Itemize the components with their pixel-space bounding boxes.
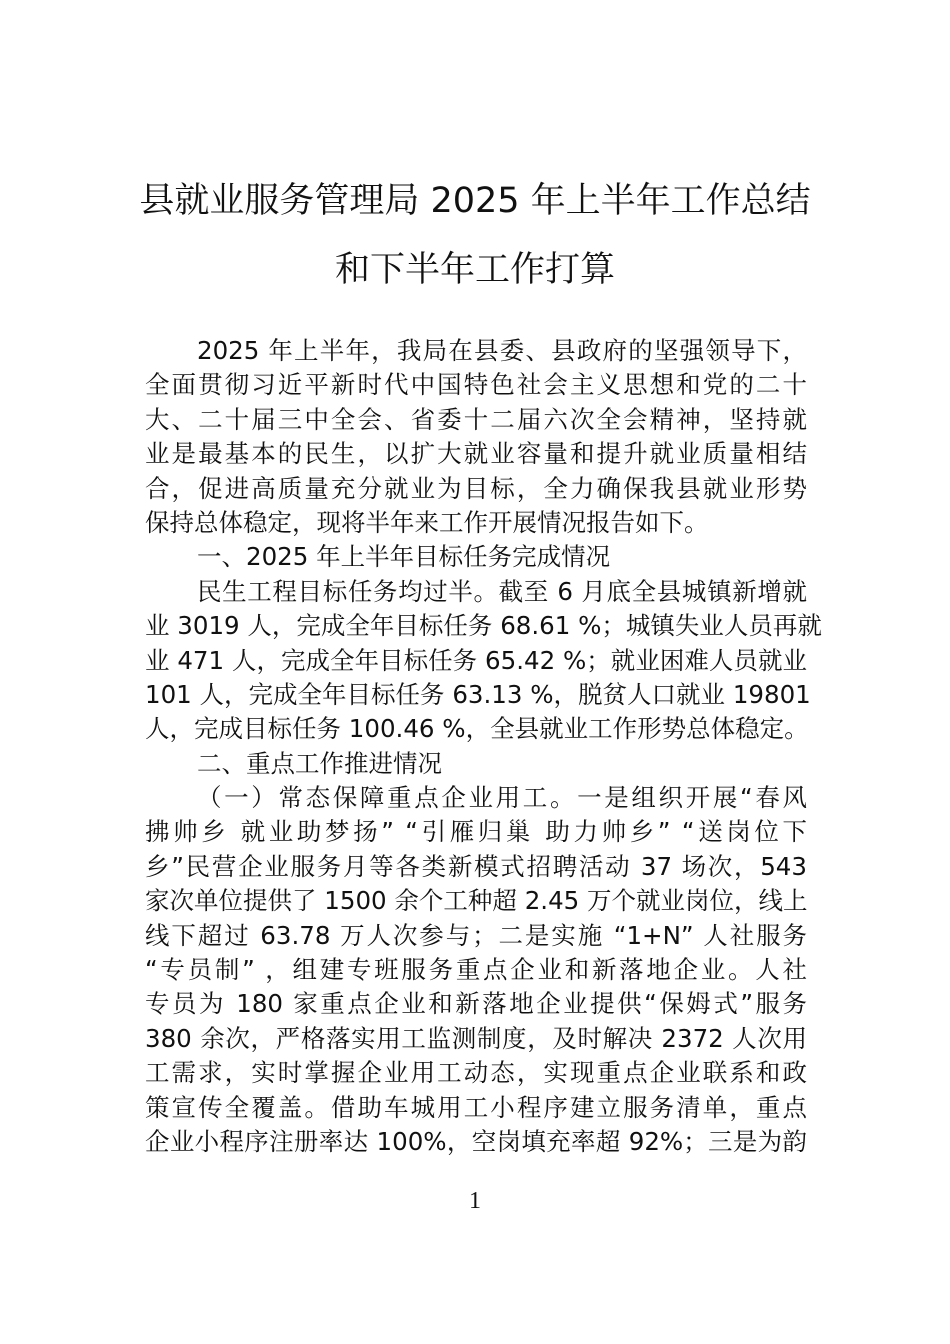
text-line: 合，促进高质量充分就业为目标，全力确保我县就业形势 — [145, 472, 807, 506]
text-line: 业是最基本的民生，以扩大就业容量和提升就业质量相结 — [145, 437, 807, 471]
text-line: 大、二十届三中全会、省委十二届六次全会精神，坚持就 — [145, 403, 807, 437]
text-line: 企业小程序注册率达 100%，空岗填充率超 92%；三是为韵 — [145, 1125, 807, 1159]
text-line: 民生工程目标任务均过半。截至 6 月底全县城镇新增就 — [145, 575, 807, 609]
text-line: 二、重点工作推进情况 — [145, 747, 807, 781]
document-title-line-2: 和下半年工作打算 — [0, 242, 950, 292]
text-line: 策宣传全覆盖。借助车城用工小程序建立服务清单，重点 — [145, 1091, 807, 1125]
text-line: （一）常态保障重点企业用工。一是组织开展“春风 — [145, 781, 807, 815]
text-line: 2025 年上半年，我局在县委、县政府的坚强领导下， — [145, 334, 807, 368]
page-number: 1 — [0, 1188, 950, 1215]
text-line: 380 余次，严格落实用工监测制度，及时解决 2372 人次用 — [145, 1022, 807, 1056]
text-line: 保持总体稳定，现将半年来工作开展情况报告如下。 — [145, 506, 807, 540]
text-line: 业 471 人，完成全年目标任务 65.42 %；就业困难人员就业 — [145, 644, 807, 678]
text-line: 拂帅乡 就业助梦扬” “引雁归巢 助力帅乡” “送岗位下 — [145, 815, 807, 849]
text-line: 线下超过 63.78 万人次参与；二是实施 “1+N” 人社服务 — [145, 919, 807, 953]
document-body: 2025 年上半年，我局在县委、县政府的坚强领导下，全面贯彻习近平新时代中国特色… — [145, 334, 807, 1159]
text-line: 人，完成目标任务 100.46 %，全县就业工作形势总体稳定。 — [145, 712, 807, 746]
text-line: “专员制” ，组建专班服务重点企业和新落地企业。人社 — [145, 953, 807, 987]
text-line: 专员为 180 家重点企业和新落地企业提供“保姆式”服务 — [145, 987, 807, 1021]
document-title-line-1: 县就业服务管理局 2025 年上半年工作总结 — [0, 173, 950, 223]
text-line: 一、2025 年上半年目标任务完成情况 — [145, 540, 807, 574]
text-line: 家次单位提供了 1500 余个工种超 2.45 万个就业岗位，线上 — [145, 884, 807, 918]
text-line: 业 3019 人，完成全年目标任务 68.61 %；城镇失业人员再就 — [145, 609, 807, 643]
text-line: 101 人，完成全年目标任务 63.13 %，脱贫人口就业 19801 — [145, 678, 807, 712]
text-line: 全面贯彻习近平新时代中国特色社会主义思想和党的二十 — [145, 368, 807, 402]
document-page: 县就业服务管理局 2025 年上半年工作总结 和下半年工作打算 2025 年上半… — [0, 0, 950, 1344]
text-line: 工需求，实时掌握企业用工动态，实现重点企业联系和政 — [145, 1056, 807, 1090]
text-line: 乡”民营企业服务月等各类新模式招聘活动 37 场次，543 — [145, 850, 807, 884]
